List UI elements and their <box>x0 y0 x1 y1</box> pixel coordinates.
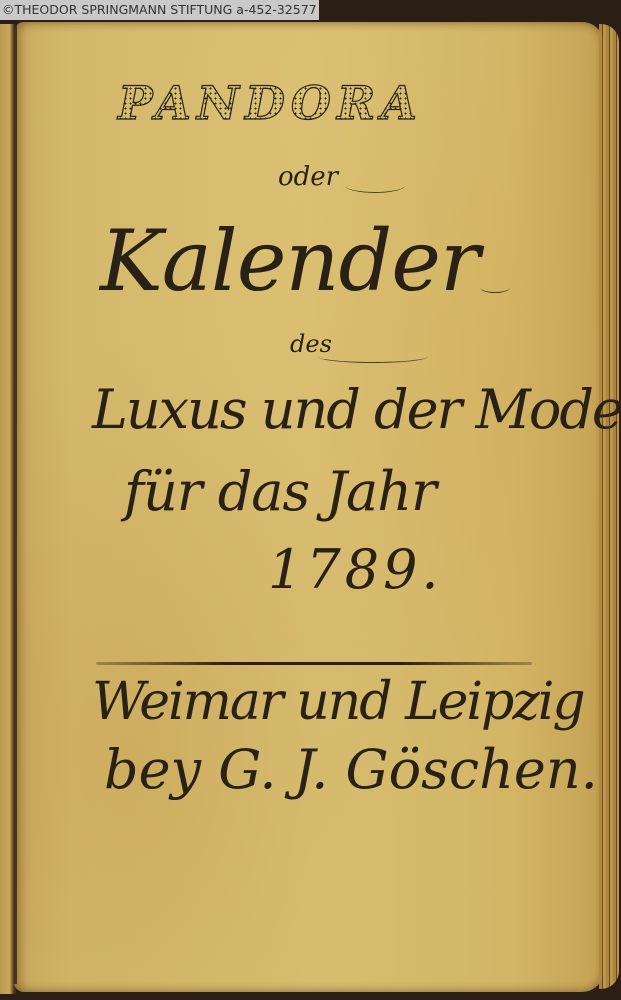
text-year: 1789. <box>268 538 443 601</box>
horizontal-rule <box>96 662 532 665</box>
text-kalender: Kalender <box>100 212 479 310</box>
book-spine-gutter <box>14 24 17 984</box>
flourish-oder <box>345 178 405 193</box>
text-weimar-und-leipzig: Weimar und Leipzig <box>92 672 584 732</box>
text-fuer-das-jahr: für das Jahr <box>124 460 436 523</box>
text-publisher: bey G. J. Göschen. <box>104 738 598 801</box>
copyright-watermark: ©THEODOR SPRINGMANN STIFTUNG a-452-32577 <box>0 0 319 20</box>
title-pandora: PANDORA <box>118 76 423 130</box>
flourish-kalender <box>480 282 510 293</box>
page-edges <box>599 24 619 989</box>
text-luxus-und-der-moden: Luxus und der Moden <box>92 378 621 441</box>
flourish-des <box>318 350 428 363</box>
text-oder: oder <box>278 162 338 192</box>
